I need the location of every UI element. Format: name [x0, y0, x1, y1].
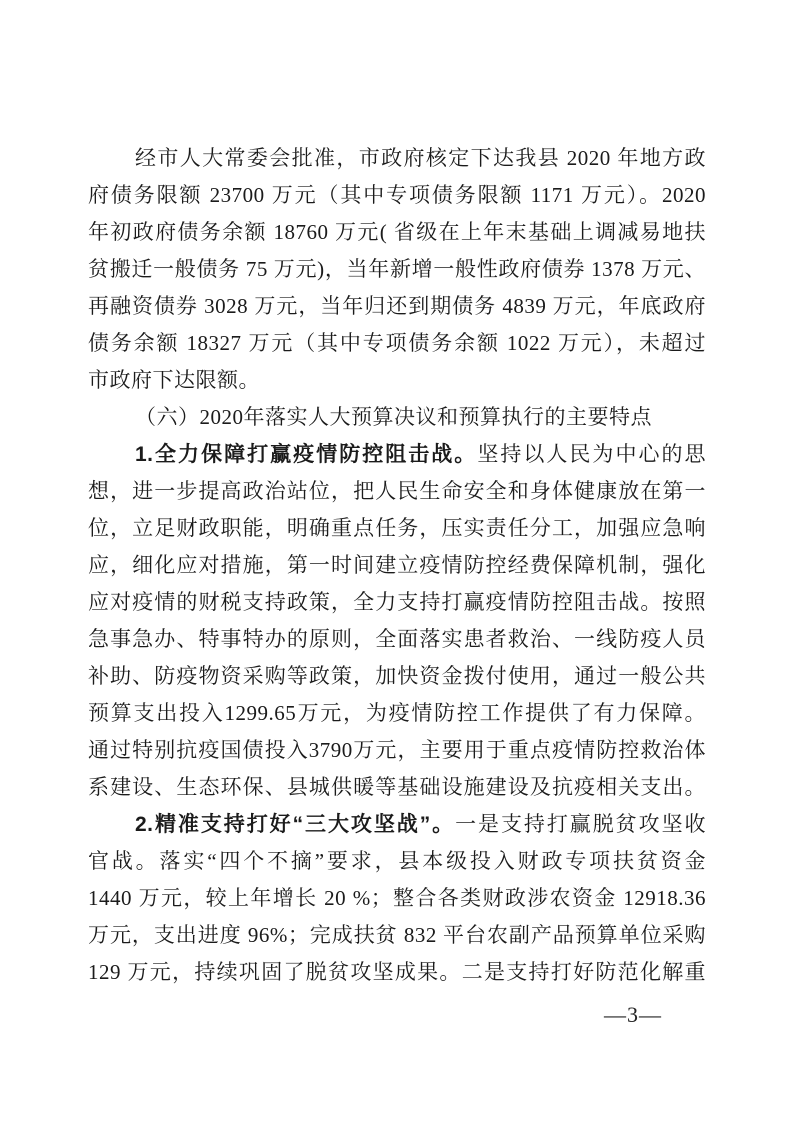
emphasis-run-in-heading: 2.精准支持打好“三大攻坚战”。 [135, 813, 455, 836]
para-three-battles-line: 1440 万元，较上年增长 20 %；整合各类财政涉农资金 12918.36 [88, 880, 706, 917]
body-text: 通过特别抗疫国债投入3790万元，主要用于重点疫情防控救治体 [88, 738, 706, 762]
para-government-debt-line: 府债务限额 23700 万元（其中专项债务限额 1171 万元）。2020 [88, 177, 706, 214]
body-text: 再融资债券 3028 万元，当年归还到期债务 4839 万元，年底政府 [88, 294, 706, 318]
document-page: 经市人大常委会批准，市政府核定下达我县 2020 年地方政府债务限额 23700… [0, 0, 793, 1122]
emphasis-run-in-heading: 1.全力保障打赢疫情防控阻击战。 [135, 443, 477, 466]
body-text: 急事急办、特事特办的原则，全面落实患者救治、一线防疫人员 [88, 627, 706, 651]
para-epidemic-control-line: 通过特别抗疫国债投入3790万元，主要用于重点疫情防控救治体 [88, 732, 706, 769]
para-epidemic-control-line: 应，细化应对措施，第一时间建立疫情防控经费保障机制，强化 [88, 547, 706, 584]
body-text: 想，进一步提高政治站位，把人民生命安全和身体健康放在第一 [88, 479, 706, 503]
body-text: 债务余额 18327 万元（其中专项债务余额 1022 万元），未超过 [88, 331, 706, 355]
para-government-debt-line: 经市人大常委会批准，市政府核定下达我县 2020 年地方政 [88, 140, 706, 177]
para-epidemic-control-line: 补助、防疫物资采购等政策，加快资金拨付使用，通过一般公共 [88, 658, 706, 695]
document-body: 经市人大常委会批准，市政府核定下达我县 2020 年地方政府债务限额 23700… [88, 140, 706, 991]
body-text: （六）2020年落实人大预算决议和预算执行的主要特点 [135, 405, 652, 429]
para-epidemic-control-line: 急事急办、特事特办的原则，全面落实患者救治、一线防疫人员 [88, 621, 706, 658]
para-epidemic-control-line: 位，立足财政职能，明确重点任务，压实责任分工，加强应急响 [88, 510, 706, 547]
body-text: 1440 万元，较上年增长 20 %；整合各类财政涉农资金 12918.36 [88, 886, 706, 910]
para-three-battles-line: 官战。落实“四个不摘”要求，县本级投入财政专项扶贫资金 [88, 843, 706, 880]
para-three-battles-line: 2.精准支持打好“三大攻坚战”。一是支持打赢脱贫攻坚收 [88, 806, 706, 843]
para-government-debt-line: 债务余额 18327 万元（其中专项债务余额 1022 万元），未超过 [88, 325, 706, 362]
body-text: 市政府下达限额。 [88, 368, 260, 392]
para-epidemic-control-line: 系建设、生态环保、县城供暖等基础设施建设及抗疫相关支出。 [88, 769, 706, 806]
body-text: 贫搬迁一般债务 75 万元)，当年新增一般性政府债券 1378 万元、 [88, 257, 706, 281]
body-text: 年初政府债务余额 18760 万元( 省级在上年末基础上调减易地扶 [88, 220, 706, 244]
para-epidemic-control-line: 预算支出投入1299.65万元，为疫情防控工作提供了有力保障。 [88, 695, 706, 732]
body-text: 官战。落实“四个不摘”要求，县本级投入财政专项扶贫资金 [88, 849, 706, 873]
body-text: 坚持以人民为中心的思 [477, 442, 706, 466]
body-text: 应对疫情的财税支持政策，全力支持打赢疫情防控阻击战。按照 [88, 590, 706, 614]
para-government-debt-line: 年初政府债务余额 18760 万元( 省级在上年末基础上调减易地扶 [88, 214, 706, 251]
body-text: 经市人大常委会批准，市政府核定下达我县 2020 年地方政 [135, 146, 706, 170]
para-three-battles-line: 129 万元，持续巩固了脱贫攻坚成果。二是支持打好防范化解重 [88, 954, 706, 991]
body-text: 一是支持打赢脱贫攻坚收 [455, 812, 706, 836]
para-government-debt-line: 市政府下达限额。 [88, 362, 706, 399]
para-three-battles-line: 万元，支出进度 96%；完成扶贫 832 平台农副产品预算单位采购 [88, 917, 706, 954]
para-government-debt-line: 再融资债券 3028 万元，当年归还到期债务 4839 万元，年底政府 [88, 288, 706, 325]
body-text: 129 万元，持续巩固了脱贫攻坚成果。二是支持打好防范化解重 [88, 960, 706, 984]
body-text: 位，立足财政职能，明确重点任务，压实责任分工，加强应急响 [88, 516, 706, 540]
body-text: 预算支出投入1299.65万元，为疫情防控工作提供了有力保障。 [88, 701, 706, 725]
page-number: —3— [604, 1000, 662, 1030]
body-text: 应，细化应对措施，第一时间建立疫情防控经费保障机制，强化 [88, 553, 706, 577]
body-text: 补助、防疫物资采购等政策，加快资金拨付使用，通过一般公共 [88, 664, 706, 688]
body-text: 系建设、生态环保、县城供暖等基础设施建设及抗疫相关支出。 [88, 775, 706, 799]
para-epidemic-control-line: 想，进一步提高政治站位，把人民生命安全和身体健康放在第一 [88, 473, 706, 510]
body-text: 府债务限额 23700 万元（其中专项债务限额 1171 万元）。2020 [88, 183, 706, 207]
para-epidemic-control-line: 应对疫情的财税支持政策，全力支持打赢疫情防控阻击战。按照 [88, 584, 706, 621]
para-epidemic-control-line: 1.全力保障打赢疫情防控阻击战。坚持以人民为中心的思 [88, 436, 706, 473]
body-text: 万元，支出进度 96%；完成扶贫 832 平台农副产品预算单位采购 [88, 923, 706, 947]
para-government-debt-line: 贫搬迁一般债务 75 万元)，当年新增一般性政府债券 1378 万元、 [88, 251, 706, 288]
heading-section-six-line: （六）2020年落实人大预算决议和预算执行的主要特点 [88, 399, 706, 436]
